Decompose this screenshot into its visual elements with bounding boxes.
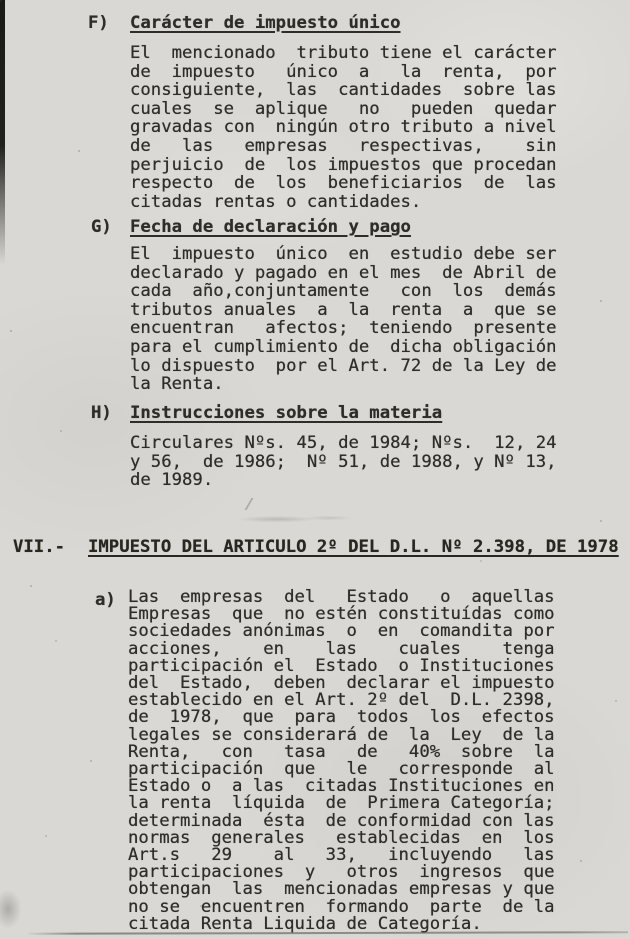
scan-corner-smudge [0, 880, 40, 938]
item-a-paragraph: Las empresas del Estado o aquellas Empre… [128, 589, 555, 933]
section-f-marker: F) [88, 13, 109, 33]
page-bottom-scan-line [28, 931, 628, 935]
section-h-marker: H) [91, 403, 112, 423]
scan-ghost-mark [245, 498, 264, 510]
item-a-marker: a) [95, 590, 116, 610]
section-g-heading: Fecha de declaración y pago [130, 217, 411, 237]
section-f-paragraph: El mencionado tributo tiene el carácter … [130, 44, 557, 211]
section-f-heading: Carácter de impuesto único [130, 13, 401, 33]
paper-speckles [0, 0, 2, 2]
section-g-marker: G) [91, 217, 112, 237]
scanned-document-page: F) Carácter de impuesto único El mencion… [0, 0, 630, 939]
section-h-heading: Instrucciones sobre la materia [130, 403, 442, 423]
chapter-vii-heading: IMPUESTO DEL ARTICULO 2º DEL D.L. Nº 2.3… [88, 537, 619, 557]
scan-edge-artifact [0, 0, 5, 265]
section-g-paragraph: El impuesto único en estudio debe ser de… [130, 245, 557, 394]
section-h-paragraph: Circulares Nºs. 45, de 1984; Nºs. 12, 24… [130, 434, 557, 490]
scan-ghost-text-smudge [225, 512, 355, 524]
chapter-vii-marker: VII.- [13, 537, 65, 557]
